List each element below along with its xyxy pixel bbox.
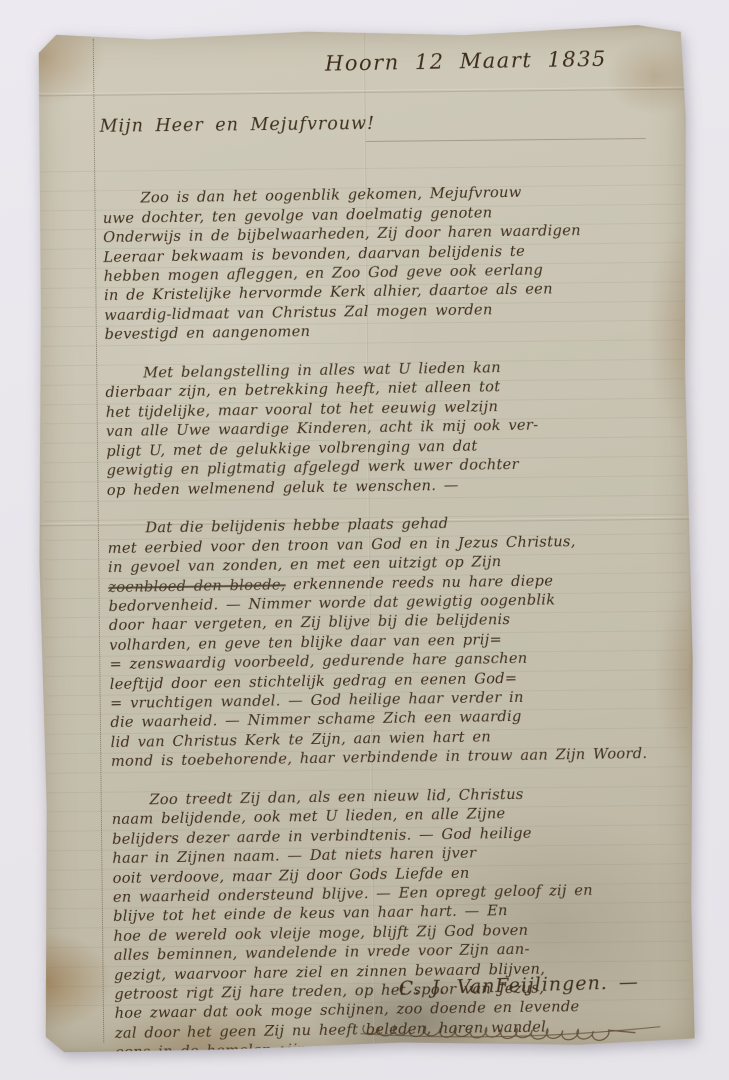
paragraph-3: Dat die belijdenis hebbe plaats gehad me… — [107, 511, 673, 772]
salutation: Mijn Heer en Mejufvrouw! — [100, 114, 376, 137]
letter-paper-wrap: Hoorn 12 Maart 1835 Mijn Heer en Mejufvr… — [33, 25, 698, 1054]
paragraph-2: Met belangstelling in alles wat U lieden… — [105, 356, 669, 500]
paragraph-3-after: erkennende reeds nu hare diepe bedorvenh… — [108, 572, 647, 770]
struck-through-text: zoenbloed den bloede, — [108, 576, 286, 596]
signature-flourish-icon — [349, 1001, 679, 1046]
photo-background: { "letter": { "date_line": "Hoorn 12 Maa… — [0, 0, 729, 1080]
paragraph-1: Zoo is dan het oogenblik gekomen, Mejufv… — [102, 181, 666, 345]
date-line: Hoorn 12 Maart 1835 — [325, 45, 677, 75]
salutation-rule-line — [366, 138, 646, 142]
fold-crease-top — [33, 87, 687, 97]
paragraph-3-before: Dat die belijdenis hebbe plaats gehad me… — [108, 515, 576, 576]
letter-paper: Hoorn 12 Maart 1835 Mijn Heer en Mejufvr… — [33, 25, 698, 1054]
letter-body: Zoo is dan het oogenblik gekomen, Mejufv… — [102, 162, 677, 1080]
